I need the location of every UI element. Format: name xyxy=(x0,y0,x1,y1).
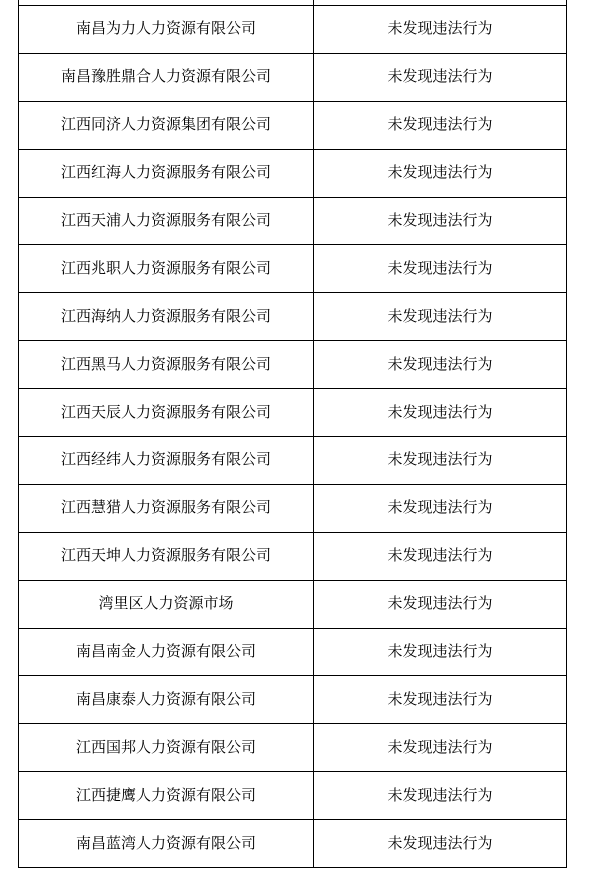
company-name-cell: 湾里区人力资源市场 xyxy=(19,580,314,628)
company-name-cell: 南昌为力人力资源有限公司 xyxy=(19,6,314,54)
company-name-cell: 江西兆职人力资源服务有限公司 xyxy=(19,245,314,293)
inspection-result-cell: 未发现违法行为 xyxy=(314,580,567,628)
company-name-cell: 南昌蓝湾人力资源有限公司 xyxy=(19,820,314,868)
inspection-result-cell: 未发现违法行为 xyxy=(314,101,567,149)
table-row: 南昌蓝湾人力资源有限公司 未发现违法行为 xyxy=(19,820,567,868)
company-name-cell: 江西慧猎人力资源服务有限公司 xyxy=(19,484,314,532)
company-name-cell: 江西国邦人力资源有限公司 xyxy=(19,724,314,772)
inspection-results-table: 南昌为力人力资源有限公司 未发现违法行为 南昌豫胜鼎合人力资源有限公司 未发现违… xyxy=(18,0,567,868)
table-row: 江西慧猎人力资源服务有限公司 未发现违法行为 xyxy=(19,484,567,532)
inspection-result-cell: 未发现违法行为 xyxy=(314,437,567,485)
company-name-cell: 江西经纬人力资源服务有限公司 xyxy=(19,437,314,485)
inspection-result-cell: 未发现违法行为 xyxy=(314,53,567,101)
table-row: 南昌南金人力资源有限公司 未发现违法行为 xyxy=(19,628,567,676)
company-name-cell: 江西黑马人力资源服务有限公司 xyxy=(19,341,314,389)
company-name-cell: 江西天坤人力资源服务有限公司 xyxy=(19,532,314,580)
table-row: 江西海纳人力资源服务有限公司 未发现违法行为 xyxy=(19,293,567,341)
inspection-result-cell: 未发现违法行为 xyxy=(314,532,567,580)
table-row: 江西捷鹰人力资源有限公司 未发现违法行为 xyxy=(19,772,567,820)
table-row: 江西同济人力资源集团有限公司 未发现违法行为 xyxy=(19,101,567,149)
inspection-result-cell: 未发现违法行为 xyxy=(314,772,567,820)
inspection-result-cell: 未发现违法行为 xyxy=(314,245,567,293)
table-row: 南昌豫胜鼎合人力资源有限公司 未发现违法行为 xyxy=(19,53,567,101)
table-row: 江西天坤人力资源服务有限公司 未发现违法行为 xyxy=(19,532,567,580)
company-name-cell: 江西天辰人力资源服务有限公司 xyxy=(19,389,314,437)
inspection-result-cell: 未发现违法行为 xyxy=(314,484,567,532)
table-row: 江西黑马人力资源服务有限公司 未发现违法行为 xyxy=(19,341,567,389)
company-name-cell: 江西红海人力资源服务有限公司 xyxy=(19,149,314,197)
inspection-result-cell: 未发现违法行为 xyxy=(314,820,567,868)
company-name-cell: 江西同济人力资源集团有限公司 xyxy=(19,101,314,149)
company-name-cell: 江西捷鹰人力资源有限公司 xyxy=(19,772,314,820)
table-row: 南昌为力人力资源有限公司 未发现违法行为 xyxy=(19,6,567,54)
table-row: 南昌康泰人力资源有限公司 未发现违法行为 xyxy=(19,676,567,724)
inspection-result-cell: 未发现违法行为 xyxy=(314,724,567,772)
company-name-cell: 南昌康泰人力资源有限公司 xyxy=(19,676,314,724)
table-row: 湾里区人力资源市场 未发现违法行为 xyxy=(19,580,567,628)
inspection-result-cell: 未发现违法行为 xyxy=(314,6,567,54)
table-row: 江西经纬人力资源服务有限公司 未发现违法行为 xyxy=(19,437,567,485)
inspection-result-cell: 未发现违法行为 xyxy=(314,293,567,341)
inspection-result-cell: 未发现违法行为 xyxy=(314,149,567,197)
table-row: 江西国邦人力资源有限公司 未发现违法行为 xyxy=(19,724,567,772)
table-row: 江西红海人力资源服务有限公司 未发现违法行为 xyxy=(19,149,567,197)
inspection-result-cell: 未发现违法行为 xyxy=(314,389,567,437)
table-row: 江西天辰人力资源服务有限公司 未发现违法行为 xyxy=(19,389,567,437)
company-name-cell: 江西天浦人力资源服务有限公司 xyxy=(19,197,314,245)
company-name-cell: 南昌豫胜鼎合人力资源有限公司 xyxy=(19,53,314,101)
company-name-cell: 南昌南金人力资源有限公司 xyxy=(19,628,314,676)
inspection-result-cell: 未发现违法行为 xyxy=(314,676,567,724)
table-row: 江西天浦人力资源服务有限公司 未发现违法行为 xyxy=(19,197,567,245)
inspection-result-cell: 未发现违法行为 xyxy=(314,197,567,245)
inspection-result-cell: 未发现违法行为 xyxy=(314,341,567,389)
table-row: 江西兆职人力资源服务有限公司 未发现违法行为 xyxy=(19,245,567,293)
inspection-result-cell: 未发现违法行为 xyxy=(314,628,567,676)
company-name-cell: 江西海纳人力资源服务有限公司 xyxy=(19,293,314,341)
